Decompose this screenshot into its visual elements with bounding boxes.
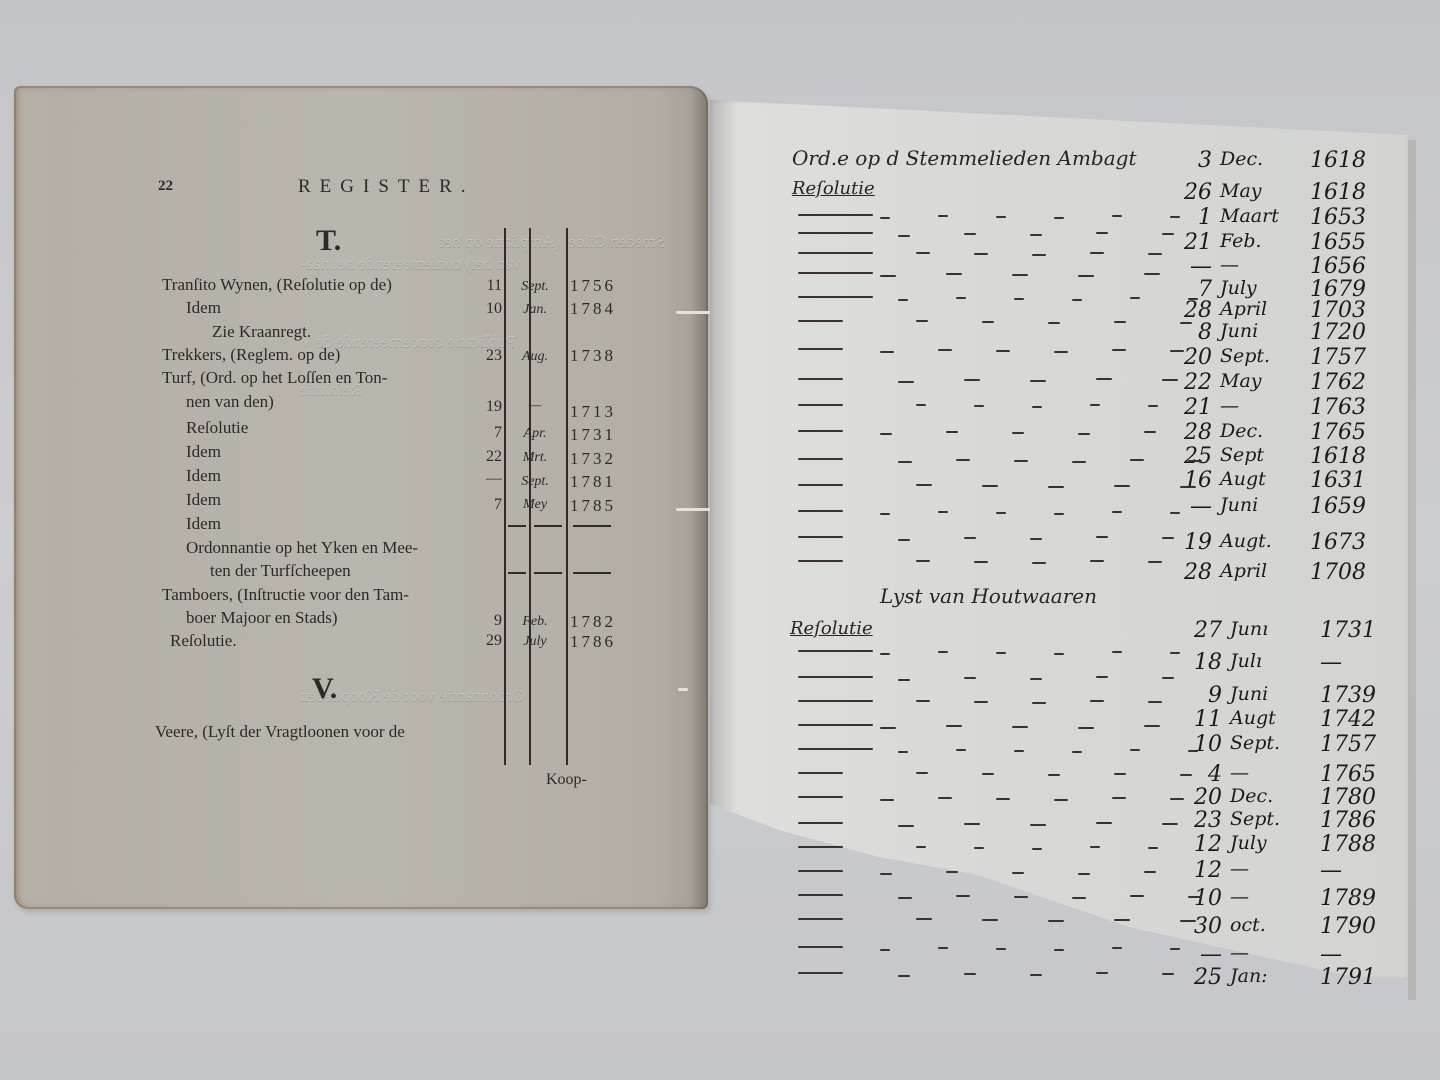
ditto-dash bbox=[898, 825, 914, 827]
ditto-dash bbox=[1112, 349, 1126, 351]
ditto-dash bbox=[898, 381, 914, 383]
ditto-dash bbox=[1096, 676, 1108, 678]
ditto-dash bbox=[880, 433, 892, 435]
entry-text: nen van den) bbox=[186, 392, 274, 412]
ditto-dash bbox=[798, 560, 843, 562]
ditto-dash bbox=[938, 511, 948, 513]
entry-year: 1756 bbox=[570, 276, 616, 296]
entry-year: 1738 bbox=[570, 346, 616, 366]
blank-day-dash bbox=[508, 525, 526, 527]
ditto-dash bbox=[880, 653, 890, 655]
ditto-dash bbox=[1072, 751, 1082, 753]
ditto-dash bbox=[798, 870, 843, 872]
page-edge-shadow bbox=[1408, 140, 1416, 1000]
ditto-dash bbox=[798, 296, 873, 298]
list-title: Lyst van Houtwaaren bbox=[880, 584, 1097, 608]
ditto-dash bbox=[916, 700, 930, 702]
ditto-dash bbox=[898, 539, 910, 541]
entry-year: 1785 bbox=[570, 496, 616, 516]
ditto-dash bbox=[1012, 872, 1024, 874]
ditto-dash bbox=[964, 677, 976, 679]
ditto-dash bbox=[1130, 895, 1144, 897]
ditto-dash bbox=[1030, 380, 1046, 382]
ditto-dash bbox=[1014, 750, 1024, 752]
entry-month: Mrt. bbox=[510, 450, 560, 466]
ditto-dash bbox=[1054, 351, 1068, 353]
ditto-dash bbox=[946, 431, 958, 433]
binding-thread bbox=[678, 688, 688, 691]
ditto-dash bbox=[956, 749, 966, 751]
ditto-dash bbox=[1112, 947, 1122, 949]
ditto-dash bbox=[964, 379, 980, 381]
ditto-dash bbox=[1170, 948, 1180, 950]
entry-day: 7 bbox=[468, 496, 502, 514]
entry-text: ten der Turfſcheepen bbox=[210, 561, 351, 581]
entry-text: Tranſito Wynen, (Reſolutie op de) bbox=[162, 275, 392, 295]
entry-day: 10 bbox=[468, 300, 502, 318]
blank-year-dash bbox=[573, 525, 611, 527]
ditto-dash bbox=[996, 512, 1006, 514]
entry-day: 7 bbox=[468, 424, 502, 442]
ditto-dash bbox=[996, 652, 1006, 654]
ditto-dash bbox=[1078, 727, 1094, 729]
ditto-dash bbox=[1148, 405, 1158, 407]
ditto-dash bbox=[798, 430, 843, 432]
ditto-dash bbox=[938, 947, 948, 949]
ditto-dash bbox=[798, 846, 843, 848]
ditto-dash bbox=[974, 847, 984, 849]
section-letter-t: T. bbox=[316, 224, 341, 258]
ditto-dash bbox=[996, 798, 1010, 800]
ditto-dash bbox=[1090, 252, 1104, 254]
column-rule-year bbox=[566, 228, 568, 765]
ditto-dash bbox=[1014, 298, 1024, 300]
entry-month: Sept. bbox=[510, 474, 560, 490]
catchword: Koop- bbox=[546, 771, 587, 789]
ditto-dash bbox=[880, 351, 894, 353]
ditto-dash bbox=[1032, 254, 1046, 256]
entry-year: 1784 bbox=[570, 299, 616, 319]
ditto-dash bbox=[1130, 749, 1140, 751]
ditto-dash bbox=[1170, 216, 1180, 218]
ditto-dash bbox=[916, 772, 928, 774]
entry-year: 1731 bbox=[570, 425, 616, 445]
ditto-dash bbox=[898, 679, 910, 681]
ditto-dash bbox=[964, 233, 976, 235]
ditto-dash bbox=[1188, 750, 1198, 752]
ditto-dash bbox=[798, 510, 843, 512]
entry-text: Idem bbox=[186, 514, 221, 534]
ditto-dash bbox=[1170, 798, 1184, 800]
entry-day: — bbox=[468, 470, 502, 488]
ditto-dash bbox=[898, 751, 908, 753]
list-title: Ord.e op d Stemmelieden Ambagt bbox=[792, 146, 1137, 170]
ditto-dash bbox=[1180, 920, 1196, 922]
ditto-dash bbox=[898, 299, 908, 301]
ditto-dash bbox=[1012, 726, 1028, 728]
ditto-dash bbox=[916, 484, 932, 486]
entry-day: 23 bbox=[468, 347, 502, 365]
ditto-dash bbox=[946, 725, 962, 727]
entry-day: 9 bbox=[468, 612, 502, 630]
ditto-dash bbox=[1114, 485, 1130, 487]
ditto-dash bbox=[1170, 652, 1180, 654]
entry-month: Jan. bbox=[510, 302, 560, 318]
ditto-dash bbox=[1090, 404, 1100, 406]
ditto-dash bbox=[798, 484, 843, 486]
ditto-dash bbox=[880, 275, 896, 277]
blank-month-dash bbox=[534, 525, 562, 527]
entry-month: Apr. bbox=[510, 426, 560, 442]
ditto-dash bbox=[946, 273, 962, 275]
entry-month: July bbox=[510, 634, 560, 650]
entry-text: Idem bbox=[186, 298, 221, 318]
ditto-dash bbox=[956, 895, 970, 897]
entry-month: Feb. bbox=[510, 614, 560, 630]
ditto-dash bbox=[798, 894, 843, 896]
entry-text: Zie Kraanregt. bbox=[212, 322, 311, 342]
ditto-dash bbox=[1188, 460, 1202, 462]
ditto-dash bbox=[1054, 799, 1068, 801]
section-letter-v: V. bbox=[312, 672, 337, 706]
ditto-dash bbox=[898, 975, 910, 977]
ditto-dash bbox=[798, 700, 873, 702]
entry-text: Idem bbox=[186, 442, 221, 462]
binding-thread bbox=[676, 508, 714, 511]
ditto-dash bbox=[1078, 275, 1094, 277]
ditto-dash bbox=[798, 772, 843, 774]
ditto-dash bbox=[996, 216, 1006, 218]
entry-text: Reſolutie bbox=[186, 418, 248, 438]
ditto-dash bbox=[1014, 896, 1028, 898]
ditto-dash bbox=[1144, 871, 1156, 873]
entry-text: Trekkers, (Reglem. op de) bbox=[162, 345, 340, 365]
ditto-dash bbox=[1072, 461, 1086, 463]
ditto-dash bbox=[1032, 702, 1046, 704]
ditto-dash bbox=[1096, 232, 1108, 234]
ditto-dash bbox=[916, 560, 930, 562]
ditto-dash bbox=[1054, 217, 1064, 219]
ditto-dash bbox=[798, 724, 873, 726]
ditto-dash bbox=[1114, 773, 1126, 775]
ditto-dash bbox=[1012, 432, 1024, 434]
entry-text: Idem bbox=[186, 490, 221, 510]
ditto-dash bbox=[798, 378, 843, 380]
ditto-dash bbox=[898, 235, 910, 237]
ditto-dash bbox=[798, 252, 873, 254]
entry-text: Turf, (Ord. op het Loſſen en Ton- bbox=[162, 368, 387, 388]
entry-year: 1786 bbox=[570, 632, 616, 652]
ditto-dash bbox=[1170, 512, 1180, 514]
page-gutter-shadow bbox=[690, 86, 708, 909]
binding-thread bbox=[676, 311, 714, 314]
ditto-dash bbox=[916, 320, 928, 322]
ditto-dash bbox=[1144, 725, 1160, 727]
ditto-dash bbox=[946, 871, 958, 873]
ditto-dash bbox=[1112, 511, 1122, 513]
blank-month-dash bbox=[534, 572, 562, 574]
ditto-dash bbox=[1180, 486, 1196, 488]
list-subtitle: Reſolutie bbox=[792, 178, 875, 199]
ditto-dash bbox=[1090, 700, 1104, 702]
ditto-dash bbox=[964, 973, 976, 975]
ditto-dash bbox=[1072, 299, 1082, 301]
ditto-dash bbox=[1112, 797, 1126, 799]
entry-day: 29 bbox=[468, 632, 502, 650]
ditto-dash bbox=[1112, 215, 1122, 217]
ditto-dash bbox=[1072, 897, 1086, 899]
ditto-dash bbox=[938, 651, 948, 653]
ditto-dash bbox=[1144, 431, 1156, 433]
ditto-dash bbox=[1148, 561, 1162, 563]
ditto-dash bbox=[1030, 974, 1042, 976]
ditto-dash bbox=[1014, 460, 1028, 462]
ditto-dash bbox=[974, 405, 984, 407]
ditto-dash bbox=[798, 822, 843, 824]
ditto-dash bbox=[1032, 848, 1042, 850]
bleed-through-text: Smeden Gilde, (Ampliatie op het bbox=[440, 232, 665, 252]
ditto-dash bbox=[938, 797, 952, 799]
ditto-dash bbox=[798, 918, 843, 920]
ditto-dash bbox=[1054, 949, 1064, 951]
ditto-dash bbox=[880, 727, 896, 729]
entry-text: boer Majoor en Stads) bbox=[186, 608, 338, 628]
ditto-dash bbox=[880, 799, 894, 801]
entry-year: 1781 bbox=[570, 472, 616, 492]
ditto-dash bbox=[938, 349, 952, 351]
entry-day: 22 bbox=[468, 448, 502, 466]
entry-day: 11 bbox=[468, 277, 502, 295]
ditto-dash bbox=[1170, 350, 1184, 352]
ditto-dash bbox=[964, 537, 976, 539]
ditto-dash bbox=[1130, 297, 1140, 299]
entry-text: Veere, (Lyſt der Vragtloonen voor de bbox=[155, 722, 405, 742]
ditto-dash bbox=[1054, 513, 1064, 515]
ditto-dash bbox=[798, 796, 843, 798]
ditto-dash bbox=[798, 232, 873, 234]
ditto-dash bbox=[798, 214, 873, 216]
ditto-dash bbox=[974, 253, 988, 255]
ditto-dash bbox=[798, 404, 843, 406]
ditto-dash bbox=[798, 946, 843, 948]
ditto-dash bbox=[1112, 651, 1122, 653]
entry-text: Reſolutie. bbox=[170, 631, 237, 651]
ditto-dash bbox=[880, 873, 892, 875]
entry-month: Sept. bbox=[510, 279, 560, 295]
ditto-dash bbox=[1096, 378, 1112, 380]
ditto-dash bbox=[916, 846, 926, 848]
ditto-dash bbox=[1032, 406, 1042, 408]
ditto-dash bbox=[1144, 273, 1160, 275]
ditto-dash bbox=[1030, 538, 1042, 540]
entry-month: — bbox=[510, 398, 560, 414]
ditto-dash bbox=[1148, 847, 1158, 849]
ditto-dash bbox=[880, 949, 890, 951]
ditto-dash bbox=[798, 748, 873, 750]
ditto-dash bbox=[964, 823, 980, 825]
ditto-dash bbox=[798, 676, 873, 678]
ditto-dash bbox=[974, 561, 988, 563]
page-number: 22 bbox=[158, 178, 173, 195]
running-head: REGISTER. bbox=[298, 176, 475, 198]
blank-year-dash bbox=[573, 572, 611, 574]
list-subtitle: Reſolutie bbox=[790, 618, 873, 639]
ditto-dash bbox=[798, 650, 873, 652]
ditto-dash bbox=[880, 513, 890, 515]
entry-day: 19 bbox=[468, 398, 502, 416]
entry-year: 1732 bbox=[570, 449, 616, 469]
ditto-dash bbox=[1078, 433, 1090, 435]
ditto-dash bbox=[1096, 822, 1112, 824]
entry-year: 1782 bbox=[570, 612, 616, 632]
ditto-dash bbox=[798, 972, 843, 974]
ditto-dash bbox=[898, 897, 912, 899]
ditto-dash bbox=[798, 272, 873, 274]
ditto-dash bbox=[996, 350, 1010, 352]
ditto-dash bbox=[1012, 274, 1028, 276]
ditto-dash bbox=[1090, 560, 1104, 562]
ditto-dash bbox=[974, 701, 988, 703]
ditto-dash bbox=[1078, 873, 1090, 875]
ditto-dash bbox=[1048, 920, 1064, 922]
ditto-dash bbox=[1130, 459, 1144, 461]
entry-text: Ordonnantie op het Yken en Mee- bbox=[186, 538, 418, 558]
ditto-dash bbox=[982, 919, 998, 921]
ditto-dash bbox=[956, 297, 966, 299]
entry-month: Mey bbox=[510, 497, 560, 513]
ditto-dash bbox=[798, 348, 843, 350]
ditto-dash bbox=[938, 215, 948, 217]
ditto-dash bbox=[798, 458, 843, 460]
ditto-dash bbox=[1032, 562, 1046, 564]
ditto-dash bbox=[916, 404, 926, 406]
ditto-dash bbox=[1030, 234, 1042, 236]
ditto-dash bbox=[1114, 919, 1130, 921]
ditto-dash bbox=[1148, 253, 1162, 255]
ditto-dash bbox=[1096, 972, 1108, 974]
column-rule-day bbox=[504, 228, 506, 765]
ditto-dash bbox=[1188, 896, 1202, 898]
ditto-dash bbox=[1114, 321, 1126, 323]
ditto-dash bbox=[916, 918, 932, 920]
entry-month: Aug. bbox=[510, 349, 560, 365]
ditto-dash bbox=[798, 320, 843, 322]
ditto-dash bbox=[1148, 701, 1162, 703]
blank-day-dash bbox=[508, 572, 526, 574]
ditto-dash bbox=[916, 252, 930, 254]
ditto-dash bbox=[1180, 774, 1192, 776]
ditto-dash bbox=[956, 459, 970, 461]
entry-year: 1713 bbox=[570, 402, 616, 422]
ditto-dash bbox=[1030, 824, 1046, 826]
entry-text: Idem bbox=[186, 466, 221, 486]
entry-text: Tamboers, (Inſtructie voor den Tam- bbox=[162, 585, 409, 605]
ditto-dash bbox=[1188, 298, 1198, 300]
ditto-dash bbox=[1180, 322, 1192, 324]
ditto-dash bbox=[1096, 536, 1108, 538]
ditto-dash bbox=[1030, 678, 1042, 680]
ditto-dash bbox=[996, 948, 1006, 950]
ditto-dash bbox=[898, 461, 912, 463]
ditto-dash bbox=[1054, 653, 1064, 655]
ditto-dash bbox=[880, 217, 890, 219]
ditto-dash bbox=[1090, 846, 1100, 848]
ditto-dash bbox=[798, 536, 843, 538]
